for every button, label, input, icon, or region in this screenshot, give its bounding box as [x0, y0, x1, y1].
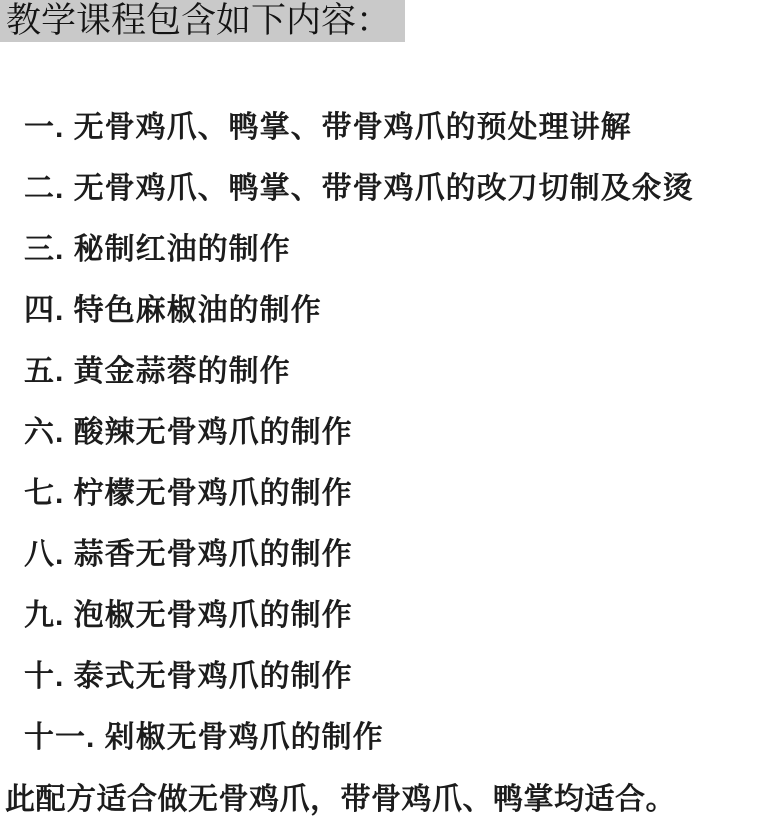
footer-note: 此配方适合做无骨鸡爪，带骨鸡爪、鸭掌均适合。	[5, 783, 772, 816]
list-item: 八. 蒜香无骨鸡爪的制作	[24, 539, 772, 570]
list-item: 四. 特色麻椒油的制作	[24, 295, 772, 326]
list-item: 十. 泰式无骨鸡爪的制作	[24, 661, 772, 692]
list-item: 二. 无骨鸡爪、鸭掌、带骨鸡爪的改刀切制及氽烫	[24, 173, 772, 204]
list-item: 七. 柠檬无骨鸡爪的制作	[24, 478, 772, 509]
list-item: 一. 无骨鸡爪、鸭掌、带骨鸡爪的预处理讲解	[24, 112, 772, 143]
course-list: 一. 无骨鸡爪、鸭掌、带骨鸡爪的预处理讲解 二. 无骨鸡爪、鸭掌、带骨鸡爪的改刀…	[24, 112, 772, 753]
list-item: 十一. 剁椒无骨鸡爪的制作	[24, 722, 772, 753]
page-title: 教学课程包含如下内容：	[0, 0, 405, 42]
list-item: 五. 黄金蒜蓉的制作	[24, 356, 772, 387]
document-page: 教学课程包含如下内容： 一. 无骨鸡爪、鸭掌、带骨鸡爪的预处理讲解 二. 无骨鸡…	[0, 0, 772, 840]
list-item: 三. 秘制红油的制作	[24, 234, 772, 265]
list-item: 九. 泡椒无骨鸡爪的制作	[24, 600, 772, 631]
list-item: 六. 酸辣无骨鸡爪的制作	[24, 417, 772, 448]
